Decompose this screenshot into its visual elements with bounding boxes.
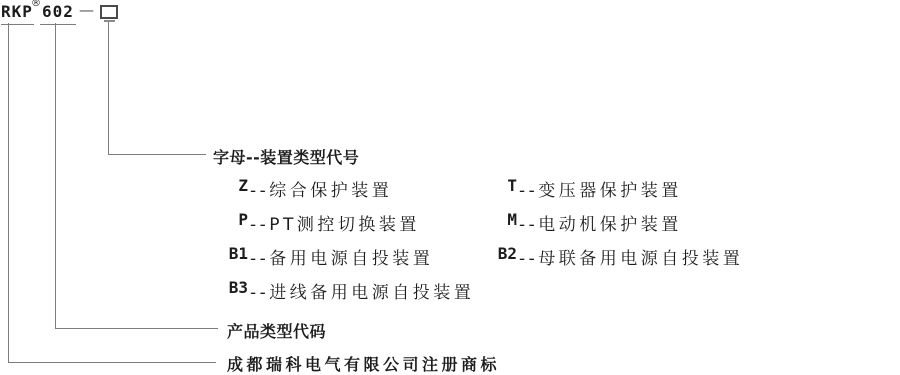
code-z: Z <box>205 176 248 195</box>
desc-b1: --备用电源自投装置 <box>250 244 433 269</box>
separator-dash: — <box>79 1 94 19</box>
series-code: 602 <box>40 2 76 25</box>
connector-line-trademark-horizontal <box>8 362 216 363</box>
connector-line-product-horizontal <box>55 328 218 329</box>
brand-code: RKP <box>1 2 34 25</box>
type-code-row: B3 --进线备用电源自投装置 <box>0 278 900 300</box>
model-code-diagram: RKP ® 602 — 字母--装置类型代号 Z --综合保护装置 T --变压… <box>0 0 900 375</box>
product-type-code-label: 产品类型代码 <box>227 319 326 342</box>
desc-t: --变压器保护装置 <box>519 176 682 201</box>
desc-b3: --进线备用电源自投装置 <box>250 278 474 303</box>
desc-m: --电动机保护装置 <box>519 210 682 235</box>
code-b2: B2 <box>468 244 517 263</box>
connector-line-letter-vertical <box>108 22 109 155</box>
code-b1: B1 <box>205 244 248 263</box>
desc-p: --PT测控切换装置 <box>250 210 420 235</box>
code-t: T <box>468 176 517 195</box>
desc-b2: --母联备用电源自投装置 <box>519 244 743 269</box>
type-code-row: P --PT测控切换装置 M --电动机保护装置 <box>0 210 900 232</box>
connector-line-letter-horizontal <box>108 154 206 155</box>
code-p: P <box>205 210 248 229</box>
registered-trademark-label: 成都瑞科电气有限公司注册商标 <box>227 352 500 375</box>
type-code-row: Z --综合保护装置 T --变压器保护装置 <box>0 176 900 198</box>
code-m: M <box>468 210 517 229</box>
type-section-title: 字母--装置类型代号 <box>213 145 359 168</box>
type-code-box-stub <box>104 20 115 22</box>
code-b3: B3 <box>205 278 248 297</box>
desc-z: --综合保护装置 <box>250 176 392 201</box>
type-code-row: B1 --备用电源自投装置 B2 --母联备用电源自投装置 <box>0 244 900 266</box>
type-code-placeholder-box <box>100 5 118 19</box>
